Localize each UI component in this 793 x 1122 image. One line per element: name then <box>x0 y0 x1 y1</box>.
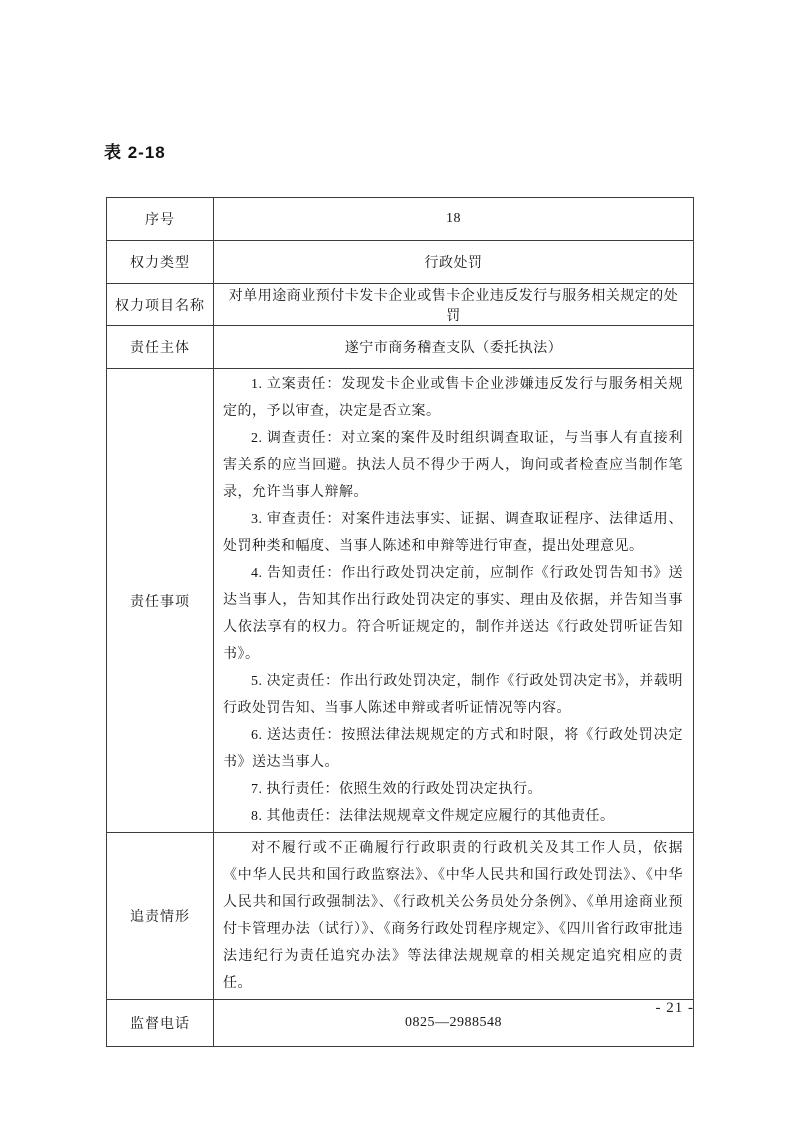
row-label: 追责情形 <box>107 833 214 1000</box>
accountability-paragraph: 对不履行或不正确履行行政职责的行政机关及其工作人员，依据《中华人民共和国行政监察… <box>223 835 683 997</box>
responsibility-item-2: 2. 调查责任：对立案的案件及时组织调查取证，与当事人有直接利害关系的应当回避。… <box>223 425 683 506</box>
table-row-power-item-name: 权力项目名称 对单用途商业预付卡发卡企业或售卡企业违反发行与服务相关规定的处罚 <box>107 284 694 326</box>
row-value: 对单用途商业预付卡发卡企业或售卡企业违反发行与服务相关规定的处罚 <box>214 284 694 326</box>
responsibility-item-1: 1. 立案责任：发现发卡企业或售卡企业涉嫌违反发行与服务相关规定的，予以审查，决… <box>223 371 683 425</box>
row-value: 18 <box>214 198 694 241</box>
table-row-serial-number: 序号 18 <box>107 198 694 241</box>
row-label: 序号 <box>107 198 214 241</box>
row-label: 责任主体 <box>107 326 214 369</box>
document-page: 表 2-18 序号 18 权力类型 行政处罚 权力项目名称 对单用途商业预付卡发… <box>0 0 793 1122</box>
table-row-accountability-circumstances: 追责情形 对不履行或不正确履行行政职责的行政机关及其工作人员，依据《中华人民共和… <box>107 833 694 1000</box>
responsibility-item-8: 8. 其他责任：法律法规规章文件规定应履行的其他责任。 <box>223 803 683 830</box>
table-row-responsibility-items: 责任事项 1. 立案责任：发现发卡企业或售卡企业涉嫌违反发行与服务相关规定的，予… <box>107 369 694 833</box>
row-label: 责任事项 <box>107 369 214 833</box>
power-duty-table: 序号 18 权力类型 行政处罚 权力项目名称 对单用途商业预付卡发卡企业或售卡企… <box>106 197 694 1047</box>
row-value: 遂宁市商务稽查支队（委托执法） <box>214 326 694 369</box>
row-label: 权力项目名称 <box>107 284 214 326</box>
responsibility-item-6: 6. 送达责任：按照法律法规规定的方式和时限，将《行政处罚决定书》送达当事人。 <box>223 722 683 776</box>
row-label: 权力类型 <box>107 241 214 284</box>
accountability-text: 对不履行或不正确履行行政职责的行政机关及其工作人员，依据《中华人民共和国行政监察… <box>214 833 694 1000</box>
table-row-responsible-entity: 责任主体 遂宁市商务稽查支队（委托执法） <box>107 326 694 369</box>
responsibility-item-5: 5. 决定责任：作出行政处罚决定，制作《行政处罚决定书》，并载明行政处罚告知、当… <box>223 668 683 722</box>
responsibility-item-7: 7. 执行责任：依照生效的行政处罚决定执行。 <box>223 776 683 803</box>
responsibility-item-4: 4. 告知责任：作出行政处罚决定前，应制作《行政处罚告知书》送达当事人，告知其作… <box>223 560 683 668</box>
row-value: 行政处罚 <box>214 241 694 284</box>
table-caption: 表 2-18 <box>104 138 166 163</box>
responsibility-items-text: 1. 立案责任：发现发卡企业或售卡企业涉嫌违反发行与服务相关规定的，予以审查，决… <box>214 369 694 833</box>
page-number: - 21 - <box>106 1000 694 1017</box>
responsibility-item-3: 3. 审查责任：对案件违法事实、证据、调查取证程序、法律适用、处罚种类和幅度、当… <box>223 506 683 560</box>
table-row-power-type: 权力类型 行政处罚 <box>107 241 694 284</box>
